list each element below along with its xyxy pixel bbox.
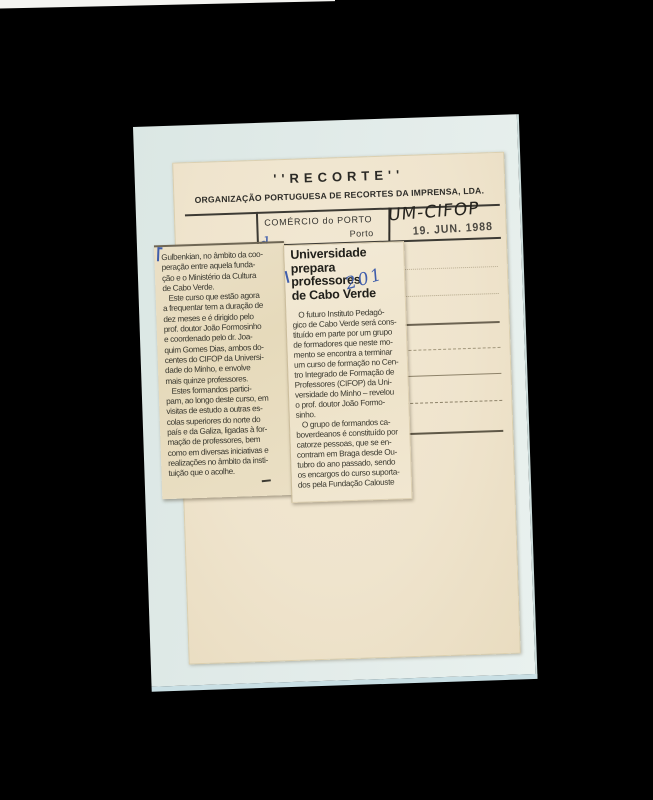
ruled-line bbox=[403, 321, 500, 326]
left-clipping-text: Gulbenkian, no âmbito da coo- peração en… bbox=[161, 249, 284, 479]
ruled-line bbox=[404, 347, 501, 351]
left-clipping: Gulbenkian, no âmbito da coo- peração en… bbox=[154, 241, 292, 499]
source-city: Porto bbox=[349, 228, 373, 239]
blue-ink-tick bbox=[157, 247, 160, 261]
source-newspaper-name: COMÉRCIO do PORTO bbox=[264, 214, 372, 228]
pencil-dash-mark bbox=[262, 479, 271, 482]
scan-edge-artifact bbox=[0, 0, 335, 9]
date-stamp: 19. JUN. 1988 bbox=[412, 221, 493, 238]
backing-sheet: ''RECORTE'' ORGANIZAÇÃO PORTUGUESA DE RE… bbox=[133, 114, 538, 691]
ruled-line bbox=[399, 373, 501, 377]
ruled-line bbox=[402, 293, 499, 297]
scanned-page: ''RECORTE'' ORGANIZAÇÃO PORTUGUESA DE RE… bbox=[0, 0, 653, 800]
ruled-line bbox=[400, 400, 502, 404]
right-clipping-text: O futuro Instituto Pedagó- gico de Cabo … bbox=[292, 307, 408, 491]
right-clipping: Universidade prepara professores de Cabo… bbox=[283, 241, 412, 503]
ruled-line bbox=[401, 266, 498, 270]
ruled-line bbox=[401, 430, 503, 435]
blue-ink-tick bbox=[285, 271, 290, 283]
